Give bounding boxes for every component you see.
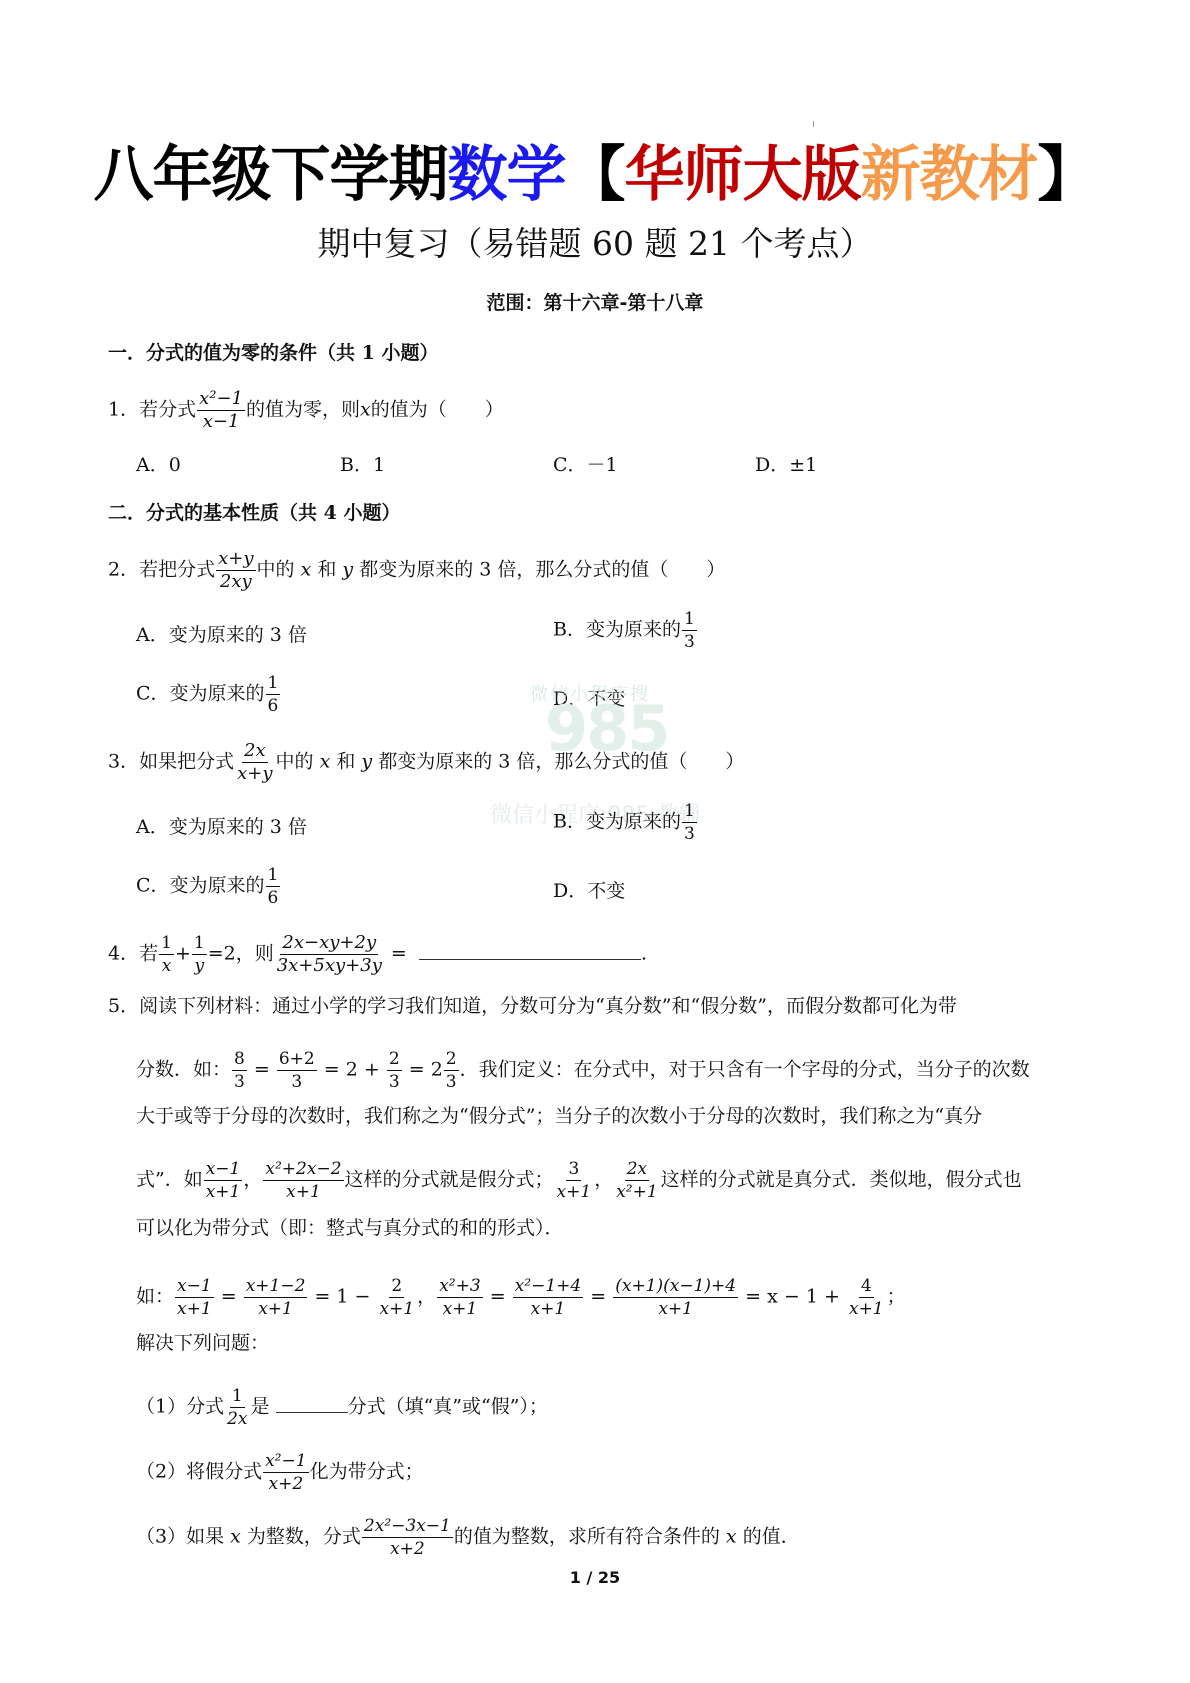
fraction: 2xx+y: [235, 740, 274, 785]
question-number: 1．: [108, 399, 139, 421]
title-publisher: 华师大版: [625, 140, 861, 210]
numerator: 1: [266, 864, 281, 887]
denominator: x+2: [388, 1538, 427, 1560]
option-d: D．不变: [553, 876, 625, 903]
numerator: 2: [389, 1275, 404, 1298]
question-text: 都变为原来的 3 倍，那么分式的值（ ）: [378, 751, 744, 773]
option-a: A．0: [136, 450, 181, 477]
punctuation: ；: [887, 1286, 906, 1308]
numerator: 2: [387, 1048, 402, 1071]
denominator: x: [160, 955, 174, 977]
question-number: 2．: [108, 559, 139, 581]
math-operator: =: [221, 1286, 237, 1308]
question-5-sub-2: （2）将假分式x²−1x+2化为带分式；: [136, 1450, 424, 1495]
section-heading-2: 二．分式的基本性质（共 4 小题）: [108, 498, 400, 525]
fraction: 2x−xy+2y3x+5xy+3y: [275, 932, 384, 977]
page-number: 1 / 25: [0, 1568, 1190, 1587]
denominator: 3: [232, 1071, 247, 1093]
fraction: 2x²−3x−1x+2: [362, 1515, 453, 1560]
math-operator: = x − 1 +: [745, 1286, 840, 1308]
numerator: x+y: [216, 548, 255, 571]
title-grade: 八年级下学期: [94, 140, 448, 210]
question-2: 2．若把分式x+y2xy中的 x 和 y 都变为原来的 3 倍，那么分式的值（ …: [108, 548, 725, 593]
math-operator: =: [254, 1059, 270, 1081]
math-operator: =: [590, 1286, 606, 1308]
fraction: x+y2xy: [216, 548, 255, 593]
denominator: 3x+5xy+3y: [275, 955, 384, 977]
document-subtitle: 期中复习（易错题 60 题 21 个考点）: [0, 222, 1190, 266]
denominator: 6: [266, 695, 281, 717]
numerator: 8: [232, 1048, 247, 1071]
math-variable: x: [360, 399, 371, 421]
punctuation: ，: [417, 1286, 436, 1308]
fraction: x+1−2x+1: [244, 1275, 308, 1320]
numerator: 2x: [242, 740, 268, 763]
answer-blank[interactable]: [276, 1412, 348, 1413]
numerator: x−1: [204, 1158, 243, 1181]
question-text: 的值为整数，求所有符合条件的: [454, 1526, 720, 1548]
question-text: 分数．如：: [136, 1059, 231, 1081]
math-operator: = 2: [409, 1059, 443, 1081]
question-text: 的值为（ ）: [371, 399, 504, 421]
fraction: 4x+1: [847, 1275, 886, 1320]
fraction: x²−1+4x+1: [513, 1275, 584, 1320]
numerator: 4: [859, 1275, 874, 1298]
option-b: B．变为原来的13: [553, 800, 698, 845]
fraction: 2xx²+1: [614, 1158, 659, 1203]
question-text: 若分式: [139, 399, 196, 421]
question-number: 4．: [108, 943, 139, 965]
question-5-line-1: 5．阅读下列材料：通过小学的学习我们知道，分数可分为“真分数”和“假分数”，而假…: [108, 993, 957, 1019]
numerator: x+1−2: [244, 1275, 308, 1298]
question-text: 若: [139, 943, 158, 965]
fraction: 13: [682, 800, 697, 845]
fraction: x²+2x−2x+1: [263, 1158, 343, 1203]
fraction: 16: [266, 864, 281, 909]
numerator: x²+2x−2: [263, 1158, 343, 1181]
fraction: 2x+1: [378, 1275, 417, 1320]
fraction: (x+1)(x−1)+4x+1: [613, 1275, 738, 1320]
denominator: x+1: [204, 1181, 243, 1203]
math-variable: y: [342, 559, 353, 581]
title-bracket-open: 【: [566, 140, 625, 210]
question-5-line-7: 解决下列问题：: [136, 1330, 269, 1356]
math-variable: y: [361, 751, 372, 773]
fraction: x−1x+1: [204, 1158, 243, 1203]
denominator: y: [192, 955, 206, 977]
title-bracket-close: 】: [1038, 140, 1097, 210]
numerator: x²−1: [197, 388, 245, 411]
option-text: B．变为原来的: [553, 811, 681, 833]
option-b: B．变为原来的13: [553, 608, 698, 653]
question-5-line-6: 如：x−1x+1 = x+1−2x+1 = 1 − 2x+1，x²+3x+1 =…: [136, 1275, 906, 1320]
question-3: 3．如果把分式2xx+y中的 x 和 y 都变为原来的 3 倍，那么分式的值（ …: [108, 740, 744, 785]
question-number: 5．: [108, 995, 139, 1017]
fraction: 3x+1: [555, 1158, 594, 1203]
punctuation: ，: [594, 1169, 613, 1191]
denominator: 3: [289, 1071, 304, 1093]
fraction: 83: [232, 1048, 247, 1093]
fraction: x²+3x+1: [437, 1275, 482, 1320]
denominator: x+1: [175, 1298, 214, 1320]
numerator: 2x−xy+2y: [280, 932, 378, 955]
question-text: 如：: [136, 1286, 174, 1308]
option-d: D．±1: [755, 450, 817, 477]
question-4: 4．若1x+1y=2，则2x−xy+2y3x+5xy+3y = .: [108, 932, 647, 977]
math-operator: = 2 +: [324, 1059, 380, 1081]
denominator: x+1: [656, 1298, 695, 1320]
question-text: .: [641, 943, 647, 965]
question-5-line-5: 可以化为带分式（即：整式与真分式的和的形式）．: [136, 1215, 564, 1241]
question-5-sub-3: （3）如果 x 为整数，分式2x²−3x−1x+2的值为整数，求所有符合条件的 …: [136, 1515, 800, 1560]
question-text: 化为带分式；: [310, 1461, 424, 1483]
numerator: 1: [682, 608, 697, 631]
denominator: x²+1: [614, 1181, 659, 1203]
option-text: C．变为原来的: [136, 875, 265, 897]
question-text: 都变为原来的 3 倍，那么分式的值（ ）: [359, 559, 725, 581]
question-text: 这样的分式就是假分式；: [345, 1169, 554, 1191]
numerator: 6+2: [277, 1048, 317, 1071]
question-text: 中的: [257, 559, 295, 581]
denominator: x+1: [847, 1298, 886, 1320]
denominator: x+2: [267, 1473, 306, 1495]
question-text: 为整数，分式: [247, 1526, 361, 1548]
numerator: 3: [566, 1158, 581, 1181]
question-text: （2）将假分式: [136, 1461, 262, 1483]
option-d: D．不变: [553, 684, 625, 711]
denominator: x+1: [529, 1298, 568, 1320]
numerator: 1: [682, 800, 697, 823]
numerator: x²+3: [437, 1275, 482, 1298]
option-c: C．－1: [553, 450, 618, 477]
numerator: 2x²−3x−1: [362, 1515, 453, 1538]
question-text: =2，则: [208, 943, 274, 965]
question-text: 式”．如: [136, 1169, 203, 1191]
question-text: 和: [317, 559, 336, 581]
question-text: 和: [336, 751, 355, 773]
fraction: x²−1x+2: [263, 1450, 308, 1495]
numerator: 1: [192, 932, 207, 955]
numerator: 1: [266, 672, 281, 695]
question-text: 若把分式: [139, 559, 215, 581]
math-operator: +: [175, 943, 191, 965]
question-5-line-2: 分数．如：83 = 6+23 = 2 + 23 = 223．我们定义：在分式中，…: [136, 1048, 1030, 1093]
fraction: 13: [682, 608, 697, 653]
numerator: x²−1: [263, 1450, 308, 1473]
question-number: 3．: [108, 751, 139, 773]
question-text: 阅读下列材料：通过小学的学习我们知道，分数可分为“真分数”和“假分数”，而假分数…: [139, 995, 957, 1017]
margin-tick-mark: [813, 121, 814, 127]
document-page: 八年级下学期数学【华师大版新教材】 期中复习（易错题 60 题 21 个考点） …: [0, 0, 1190, 1683]
question-text: 的值为零，则: [246, 399, 360, 421]
fraction: 23: [387, 1048, 402, 1093]
fraction: 1x: [159, 932, 174, 977]
option-a: A．变为原来的 3 倍: [136, 812, 307, 839]
question-text: （3）如果: [136, 1526, 224, 1548]
question-5-sub-1: （1）分式12x是 分式（填“真”或“假”）；: [136, 1385, 548, 1430]
question-text: 是: [251, 1396, 270, 1418]
math-variable: x: [726, 1526, 737, 1548]
question-text: 这样的分式就是真分式．类似地，假分式也: [661, 1169, 1022, 1191]
numerator: (x+1)(x−1)+4: [613, 1275, 738, 1298]
fraction: 16: [266, 672, 281, 717]
numerator: x−1: [175, 1275, 214, 1298]
question-text: 的值．: [743, 1526, 800, 1548]
title-subject: 数学: [448, 140, 566, 210]
denominator: x+1: [378, 1298, 417, 1320]
fraction: 23: [444, 1048, 459, 1093]
document-title: 八年级下学期数学【华师大版新教材】: [0, 140, 1190, 210]
fraction: 6+23: [277, 1048, 317, 1093]
denominator: x+1: [256, 1298, 295, 1320]
fraction: x−1x+1: [175, 1275, 214, 1320]
option-c: C．变为原来的16: [136, 864, 281, 909]
math-operator: =: [391, 943, 407, 965]
denominator: 3: [387, 1071, 402, 1093]
question-1: 1．若分式x²−1x−1的值为零，则x的值为（ ）: [108, 388, 504, 433]
option-text: C．变为原来的: [136, 683, 265, 705]
denominator: 3: [444, 1071, 459, 1093]
option-b: B．1: [340, 450, 385, 477]
fraction: x²−1x−1: [197, 388, 245, 433]
question-5-line-3: 大于或等于分母的次数时，我们称之为“假分式”；当分子的次数小于分母的次数时，我们…: [136, 1103, 982, 1129]
denominator: 6: [266, 887, 281, 909]
question-5-line-4: 式”．如x−1x+1，x²+2x−2x+1这样的分式就是假分式；3x+1，2xx…: [136, 1158, 1022, 1203]
option-a: A．变为原来的 3 倍: [136, 620, 307, 647]
question-text: ．我们定义：在分式中，对于只含有一个字母的分式，当分子的次数: [460, 1059, 1030, 1081]
math-variable: x: [230, 1526, 241, 1548]
math-variable: x: [320, 751, 331, 773]
option-text: B．变为原来的: [553, 619, 681, 641]
chapter-range: 范围：第十六章-第十八章: [0, 288, 1190, 315]
math-operator: =: [490, 1286, 506, 1308]
numerator: 2: [444, 1048, 459, 1071]
denominator: 3: [682, 823, 697, 845]
denominator: x+y: [235, 763, 274, 785]
math-operator: = 1 −: [314, 1286, 370, 1308]
question-text: 分式（填“真”或“假”）；: [348, 1396, 548, 1418]
fraction: 12x: [225, 1385, 249, 1430]
question-text: 如果把分式: [139, 751, 234, 773]
question-text: （1）分式: [136, 1396, 224, 1418]
denominator: 2x: [225, 1408, 249, 1430]
numerator: 1: [159, 932, 174, 955]
punctuation: ，: [243, 1169, 262, 1191]
denominator: 3: [682, 631, 697, 653]
denominator: x−1: [201, 411, 242, 433]
numerator: 2x: [625, 1158, 649, 1181]
fraction: 1y: [192, 932, 207, 977]
option-c: C．变为原来的16: [136, 672, 281, 717]
denominator: x+1: [284, 1181, 323, 1203]
section-heading-1: 一．分式的值为零的条件（共 1 小题）: [108, 338, 438, 365]
denominator: x+1: [441, 1298, 480, 1320]
denominator: 2xy: [218, 571, 254, 593]
math-variable: x: [301, 559, 312, 581]
denominator: x+1: [555, 1181, 594, 1203]
answer-blank[interactable]: [419, 959, 641, 960]
numerator: x²−1+4: [513, 1275, 584, 1298]
numerator: 1: [230, 1385, 245, 1408]
title-new-textbook: 新教材: [861, 140, 1038, 210]
question-text: 中的: [276, 751, 314, 773]
